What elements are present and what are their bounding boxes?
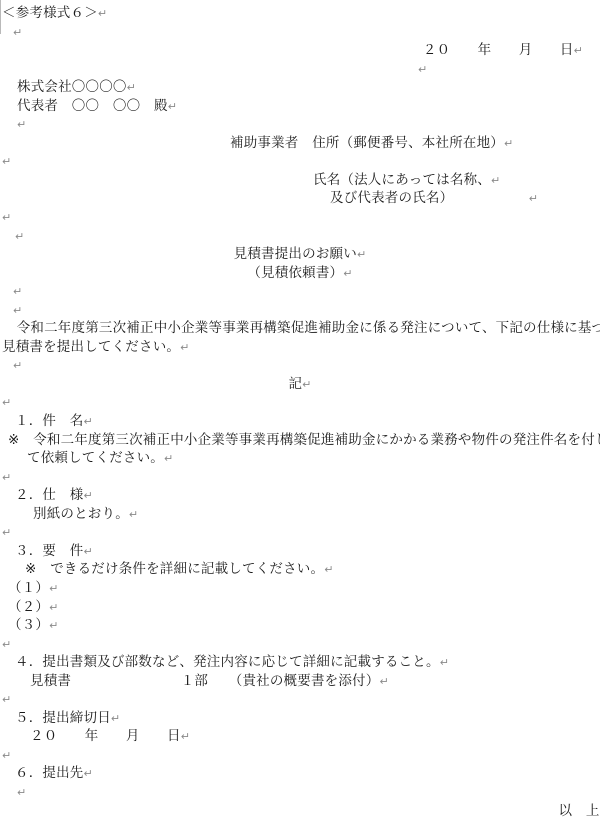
pilcrow-mark: ↵	[2, 693, 11, 706]
line-item1-note-1: ※ 令和二年度第三次補正中小企業等事業再構築促進補助金にかかる業務や物件の発注件…	[8, 431, 600, 450]
line-item3-sub1: （１）↵	[8, 579, 600, 598]
text: 記	[288, 376, 302, 392]
line-item2-heading: ２．仕 様↵	[15, 486, 600, 505]
pilcrow-mark: ↵	[17, 118, 26, 131]
pilcrow-mark: ↵	[13, 26, 22, 39]
pilcrow-mark: ↵	[168, 100, 177, 113]
pilcrow-mark: ↵	[440, 656, 449, 669]
line-item3-heading: ３．要 件↵	[15, 542, 600, 561]
pilcrow-mark: ↵	[84, 767, 93, 780]
text: 及び代表者の氏名）	[330, 190, 529, 206]
text: ２０ 年 月 日	[30, 728, 181, 744]
line-subsidy-business-address: 補助事業者 住所（郵便番号、本社所在地）↵	[230, 134, 600, 153]
pilcrow-mark: ↵	[343, 267, 352, 280]
text: 氏名（法人にあっては名称、	[313, 172, 491, 188]
line-item6-heading: ６．提出先↵	[15, 764, 600, 783]
line-name-label-1: 氏名（法人にあっては名称、↵	[313, 171, 600, 190]
text: （２）	[8, 599, 49, 615]
pilcrow-mark: ↵	[49, 582, 58, 595]
pilcrow-mark: ↵	[574, 44, 583, 57]
text: ※ 令和二年度第三次補正中小企業等事業再構築促進補助金にかかる業務や物件の発注件…	[8, 432, 600, 448]
pilcrow-mark: ↵	[2, 526, 11, 539]
line-item2-body: 別紙のとおり。↵	[33, 505, 600, 524]
text: 以 上	[558, 803, 599, 819]
line-item5-date: ２０ 年 月 日↵	[30, 727, 600, 746]
blank-line: ↵	[2, 635, 600, 654]
pilcrow-mark: ↵	[84, 415, 93, 428]
blank-line: ↵	[17, 783, 600, 802]
pilcrow-mark: ↵	[2, 211, 11, 224]
text: ６．提出先	[15, 765, 84, 781]
blank-line: ↵	[418, 60, 600, 79]
blank-line: ↵	[17, 115, 600, 134]
line-item3-note: ※ できるだけ条件を詳細に記載してください。↵	[25, 560, 600, 579]
pilcrow-mark: ↵	[84, 489, 93, 502]
line-item4-body: 見積書 １部 （貴社の概要書を添付）↵	[30, 672, 600, 691]
line-form-reference: ＜参考様式６＞↵	[2, 4, 600, 23]
pilcrow-mark: ↵	[164, 452, 173, 465]
pilcrow-mark: ↵	[357, 248, 366, 261]
pilcrow-mark: ↵	[13, 304, 22, 317]
blank-line: ↵	[2, 523, 600, 542]
text: 見積書 １部 （貴社の概要書を添付）	[30, 673, 379, 689]
blank-line: ↵	[2, 208, 600, 227]
text: ２．仕 様	[15, 487, 84, 503]
line-date-header: ２０ 年 月 日↵	[0, 41, 583, 60]
pilcrow-mark: ↵	[49, 619, 58, 632]
pilcrow-mark: ↵	[111, 712, 120, 725]
text: ２０ 年 月 日	[423, 42, 574, 58]
document-page: ＜参考様式６＞↵ ↵ ２０ 年 月 日↵ ↵ 株式会社〇〇〇〇↵ 代表者 〇〇 …	[0, 0, 600, 821]
pilcrow-mark: ↵	[17, 786, 26, 799]
pilcrow-mark: ↵	[98, 7, 107, 20]
blank-line: ↵	[13, 356, 600, 375]
text: ３．要 件	[15, 543, 84, 559]
blank-line: ↵	[2, 468, 600, 487]
text: （１）	[8, 580, 49, 596]
pilcrow-mark: ↵	[379, 675, 388, 688]
text: 見積書提出のお願い	[234, 246, 357, 262]
text: ※ できるだけ条件を詳細に記載してください。	[25, 561, 324, 577]
text: ＜参考様式６＞	[2, 5, 98, 21]
blank-line: ↵	[2, 393, 600, 412]
blank-line: ↵	[13, 301, 600, 320]
pilcrow-mark: ↵	[15, 230, 24, 243]
blank-line: ↵	[15, 227, 600, 246]
pilcrow-mark: ↵	[127, 81, 136, 94]
pilcrow-mark: ↵	[491, 174, 500, 187]
blank-line: ↵	[2, 746, 600, 765]
text: 別紙のとおり。	[33, 506, 129, 522]
line-item3-sub2: （２）↵	[8, 598, 600, 617]
pilcrow-mark: ↵	[129, 508, 138, 521]
text: 見積書を提出してください。	[2, 339, 180, 355]
pilcrow-mark: ↵	[13, 285, 22, 298]
line-item5-heading: ５．提出締切日↵	[15, 709, 600, 728]
text: （３）	[8, 617, 49, 633]
line-item1-heading: １．件 名↵	[15, 412, 600, 431]
pilcrow-mark: ↵	[529, 192, 538, 205]
line-item1-note-2: て依頼してください。↵	[27, 449, 600, 468]
blank-line: ↵	[2, 690, 600, 709]
document-body: ＜参考様式６＞↵ ↵ ２０ 年 月 日↵ ↵ 株式会社〇〇〇〇↵ 代表者 〇〇 …	[0, 0, 600, 820]
pilcrow-mark: ↵	[2, 396, 11, 409]
pilcrow-mark: ↵	[2, 155, 11, 168]
line-item3-sub3: （３）↵	[8, 616, 600, 635]
line-company-name: 株式会社〇〇〇〇↵	[17, 78, 600, 97]
text: （見積依頼書）	[247, 265, 343, 281]
pilcrow-mark: ↵	[49, 601, 58, 614]
pilcrow-mark: ↵	[504, 137, 513, 150]
pilcrow-mark: ↵	[84, 545, 93, 558]
pilcrow-mark: ↵	[2, 638, 11, 651]
pilcrow-mark: ↵	[2, 749, 11, 762]
pilcrow-mark: ↵	[418, 63, 427, 76]
pilcrow-mark: ↵	[302, 378, 311, 391]
text: 株式会社〇〇〇〇	[17, 79, 127, 95]
line-name-label-2: 及び代表者の氏名） ↵	[330, 189, 600, 208]
pilcrow-mark: ↵	[324, 563, 333, 576]
pilcrow-mark: ↵	[180, 341, 189, 354]
pilcrow-mark: ↵	[181, 730, 190, 743]
line-doc-title: 見積書提出のお願い↵	[0, 245, 600, 264]
line-doc-subtitle: （見積依頼書）↵	[0, 264, 600, 283]
pilcrow-mark: ↵	[13, 359, 22, 372]
blank-line: ↵	[13, 23, 600, 42]
text: ４．提出書類及び部数など、発注内容に応じて詳細に記載すること。	[15, 654, 440, 670]
text: 代表者 〇〇 〇〇 殿	[17, 98, 168, 114]
blank-line: ↵	[2, 152, 600, 171]
text: ５．提出締切日	[15, 710, 111, 726]
text: 補助事業者 住所（郵便番号、本社所在地）	[230, 135, 504, 151]
line-ki-marker: 記↵	[0, 375, 600, 394]
text: 令和二年度第三次補正中小企業等事業再構築促進補助金に係る発注について、下記の仕様…	[3, 320, 600, 336]
line-closing: 以 上↵	[0, 802, 600, 821]
line-body-text-1: 令和二年度第三次補正中小企業等事業再構築促進補助金に係る発注について、下記の仕様…	[3, 319, 600, 338]
line-representative: 代表者 〇〇 〇〇 殿↵	[17, 97, 600, 116]
text: １．件 名	[15, 413, 84, 429]
pilcrow-mark: ↵	[2, 471, 11, 484]
line-body-text-2: 見積書を提出してください。↵	[2, 338, 600, 357]
blank-line: ↵	[13, 282, 600, 301]
text: て依頼してください。	[27, 450, 164, 466]
line-item4-heading: ４．提出書類及び部数など、発注内容に応じて詳細に記載すること。↵	[15, 653, 600, 672]
